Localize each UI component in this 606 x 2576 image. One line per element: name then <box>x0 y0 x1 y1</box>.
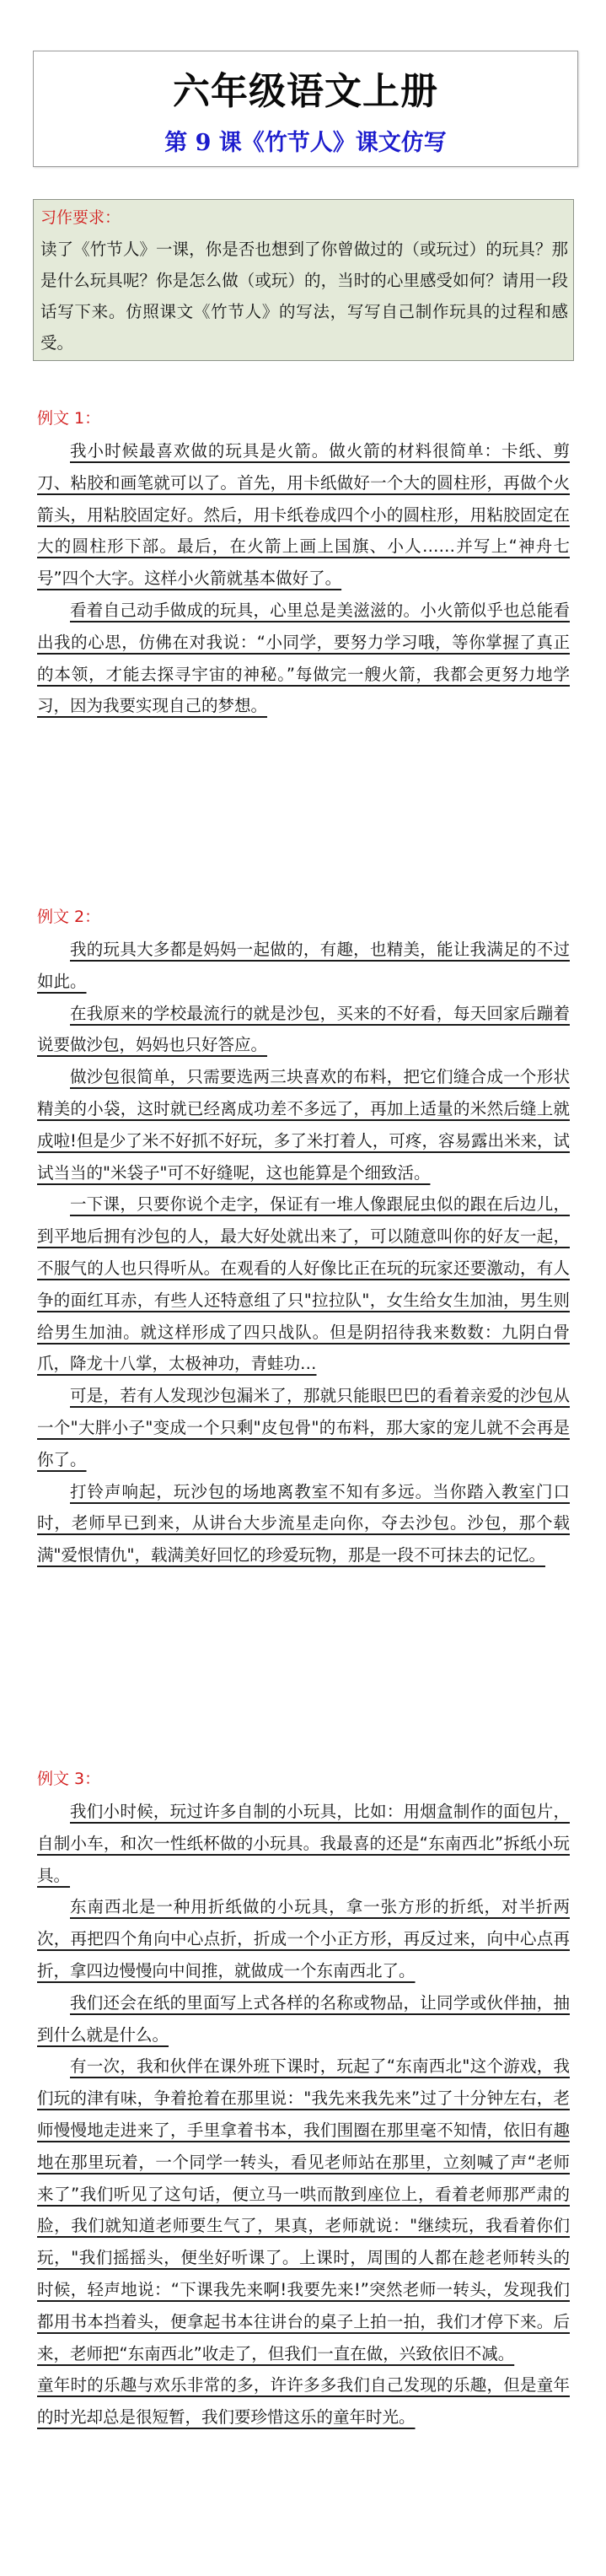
lesson-subtitle: 第 9 课《竹节人》课文仿写 <box>34 129 577 158</box>
paragraph-text: 童年时的乐趣与欢乐非常的多，许许多多我们自己发现的乐趣，但是童年的时光却总是很短… <box>37 2375 570 2427</box>
example-label: 例文 3： <box>37 1767 570 1792</box>
paragraph-text: 在我原来的学校最流行的就是沙包，买来的不好看，每天回家后蹦着说要做沙包，妈妈也只… <box>37 1004 570 1055</box>
requirement-text: 读了《竹节人》一课，你是否也想到了你曾做过的（或玩过）的玩具？那是什么玩具呢？你… <box>40 234 568 358</box>
paragraph-text: 打铃声响起，玩沙包的场地离教室不知有多远。当你踏入教室门口时，老师早已到来，从讲… <box>37 1482 570 1566</box>
page-title: 六年级语文上册 <box>34 70 577 114</box>
paragraph-text: 可是，若有人发现沙包漏米了，那就只能眼巴巴的看着亲爱的沙包从一个"大胖小子"变成… <box>37 1386 570 1469</box>
example-essay-2: 例文 2： 我的玩具大多都是妈妈一起做的，有趣，也精美，能让我满足的不过如此。 … <box>37 905 570 1571</box>
essay-paragraph: 我们还会在纸的里面写上式各样的名称或物品，让同学或伙伴抽，抽到什么就是什么。 <box>37 1987 570 2051</box>
essay-paragraph: 我的玩具大多都是妈妈一起做的，有趣，也精美，能让我满足的不过如此。 <box>37 934 570 998</box>
paragraph-text: 有一次，我和伙伴在课外班下课时，玩起了“东南西北"这个游戏，我们玩的津有味，争着… <box>37 2056 570 2363</box>
paragraph-text: 我小时候最喜欢做的玩具是火箭。做火箭的材料很简单：卡纸、剪刀、粘胶和画笔就可以了… <box>37 441 570 588</box>
example-essay-3: 例文 3： 我们小时候，玩过许多自制的小玩具，比如：用烟盒制作的面包片，自制小车… <box>37 1767 570 2433</box>
essay-paragraph: 看着自己动手做成的玩具，心里总是美滋滋的。小火箭似乎也总能看出我的心思，仿佛在对… <box>37 595 570 722</box>
title-box: 六年级语文上册 第 9 课《竹节人》课文仿写 <box>33 51 578 167</box>
essay-paragraph: 我们小时候，玩过许多自制的小玩具，比如：用烟盒制作的面包片，自制小车，和次一性纸… <box>37 1796 570 1891</box>
essay-paragraph: 在我原来的学校最流行的就是沙包，买来的不好看，每天回家后蹦着说要做沙包，妈妈也只… <box>37 998 570 1062</box>
requirement-label: 习作要求： <box>40 207 121 229</box>
paragraph-text: 一下课，只要你说个走字，保证有一堆人像跟屁虫似的跟在后边儿，到平地后拥有沙包的人… <box>37 1194 570 1373</box>
example-label: 例文 1： <box>37 407 570 432</box>
essay-paragraph: 一下课，只要你说个走字，保证有一堆人像跟屁虫似的跟在后边儿，到平地后拥有沙包的人… <box>37 1188 570 1380</box>
example-essay-1: 例文 1： 我小时候最喜欢做的玩具是火箭。做火箭的材料很简单：卡纸、剪刀、粘胶和… <box>37 407 570 722</box>
example-label: 例文 2： <box>37 905 570 930</box>
essay-paragraph: 可是，若有人发现沙包漏米了，那就只能眼巴巴的看着亲爱的沙包从一个"大胖小子"变成… <box>37 1380 570 1475</box>
essay-paragraph: 我小时候最喜欢做的玩具是火箭。做火箭的材料很简单：卡纸、剪刀、粘胶和画笔就可以了… <box>37 435 570 595</box>
paragraph-text: 我的玩具大多都是妈妈一起做的，有趣，也精美，能让我满足的不过如此。 <box>37 940 570 991</box>
paragraph-text: 我们小时候，玩过许多自制的小玩具，比如：用烟盒制作的面包片，自制小车，和次一性纸… <box>37 1802 570 1885</box>
writing-requirement-box: 习作要求： 读了《竹节人》一课，你是否也想到了你曾做过的（或玩过）的玩具？那是什… <box>33 199 574 361</box>
essay-paragraph: 东南西北是一种用折纸做的小玩具，拿一张方形的折纸，对半折两次，再把四个角向中心点… <box>37 1891 570 1986</box>
essay-paragraph: 有一次，我和伙伴在课外班下课时，玩起了“东南西北"这个游戏，我们玩的津有味，争着… <box>37 2051 570 2369</box>
paragraph-text: 我们还会在纸的里面写上式各样的名称或物品，让同学或伙伴抽，抽到什么就是什么。 <box>37 1993 570 2045</box>
paragraph-text: 看着自己动手做成的玩具，心里总是美滋滋的。小火箭似乎也总能看出我的心思，仿佛在对… <box>37 601 570 715</box>
paragraph-text: 东南西北是一种用折纸做的小玩具，拿一张方形的折纸，对半折两次，再把四个角向中心点… <box>37 1897 570 1981</box>
essay-paragraph: 打铃声响起，玩沙包的场地离教室不知有多远。当你踏入教室门口时，老师早已到来，从讲… <box>37 1476 570 1571</box>
essay-paragraph: 童年时的乐趣与欢乐非常的多，许许多多我们自己发现的乐趣，但是童年的时光却总是很短… <box>37 2369 570 2433</box>
paragraph-text: 做沙包很简单，只需要选两三块喜欢的布料，把它们缝合成一个形状精美的小袋，这时就已… <box>37 1067 570 1182</box>
essay-paragraph: 做沙包很简单，只需要选两三块喜欢的布料，把它们缝合成一个形状精美的小袋，这时就已… <box>37 1061 570 1188</box>
